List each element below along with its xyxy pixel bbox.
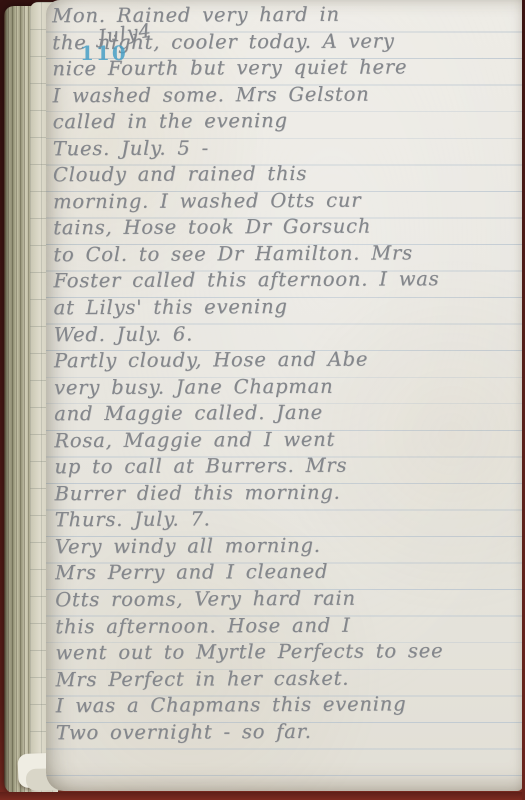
handwriting-line: Two overnight - so far. [56,718,520,747]
handwriting-line-entry-heading: Wed. July. 6. [54,319,518,348]
handwriting-line: this afternoon. Hose and I [55,611,519,640]
handwriting-line: and Maggie called. Jane [54,399,518,428]
handwriting-line: I was a Chapmans this evening [56,691,520,720]
handwriting-line: I washed some. Mrs Gelston [52,80,516,109]
diary-page: 110 July4 Mon. Rained very hard in the n… [46,0,523,791]
handwriting-line: Otts rooms, Very hard rain [55,585,519,614]
handwriting-line-entry-heading: Thurs. July. 7. [55,505,519,534]
handwritten-text: Mon. Rained very hard in the night, cool… [52,1,520,747]
handwriting-line: went out to Myrtle Perfects to see [55,638,519,667]
handwriting-line: Cloudy and rained this [53,160,517,189]
handwriting-line-entry-heading: Tues. July. 5 - [53,134,517,163]
handwriting-line: morning. I washed Otts cur [53,187,517,216]
handwriting-line: Rosa, Maggie and I went [54,426,518,455]
book-cover-bottom-edge [0,792,525,800]
handwriting-line: to Col. to see Dr Hamilton. Mrs [53,240,517,269]
handwriting-line: Partly cloudy, Hose and Abe [54,346,518,375]
handwriting-line: Very windy all morning. [55,532,519,561]
handwriting-line: called in the evening [53,107,517,136]
handwriting-line: at Lilys' this evening [54,293,518,322]
handwriting-line: Burrer died this morning. [55,479,519,508]
handwriting-line: tains, Hose took Dr Gorsuch [53,213,517,242]
handwriting-line: up to call at Burrers. Mrs [54,452,518,481]
handwriting-line: Mrs Perry and I cleaned [55,558,519,587]
diary-scan: 110 July4 Mon. Rained very hard in the n… [0,0,525,800]
handwriting-line: Mrs Perfect in her casket. [56,664,520,693]
handwriting-line: very busy. Jane Chapman [54,372,518,401]
handwriting-line: Foster called this afternoon. I was [53,266,517,295]
